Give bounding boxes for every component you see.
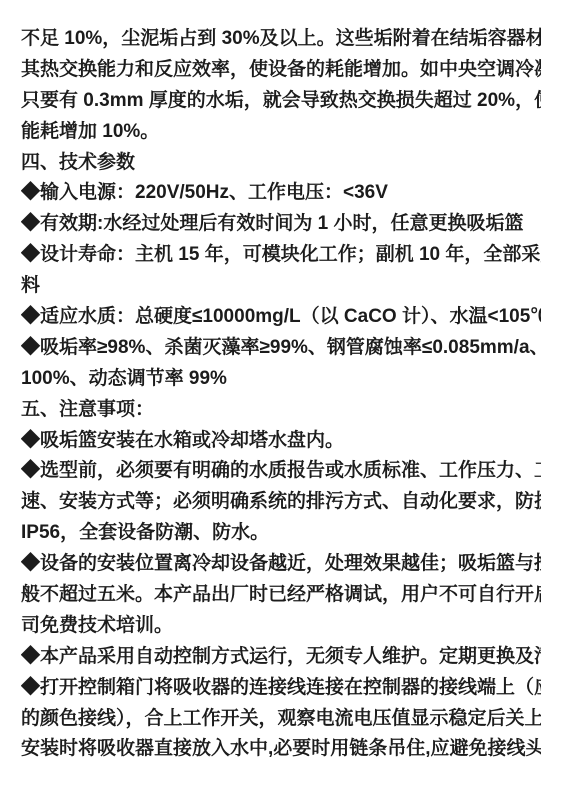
bullet-item-water-quality: ◆适应水质：总硬度≤10000mg/L（以 CaCO 计）、水温<105℃,流速… (21, 302, 541, 333)
bullet-item-input-power: ◆输入电源：220V/50Hz、工作电压：<36V (21, 178, 541, 209)
paragraph-line: IP56，全套设备防潮、防水。 (21, 518, 541, 549)
paragraph-line: 只要有 0.3mm 厚度的水垢，就会导致热交换损失超过 20%，使得中央空调的 (21, 86, 541, 117)
paragraph-line: 安装时将吸收器直接放入水中,必要时用链条吊住,应避免接线头进入水中。 (21, 734, 541, 765)
bullet-item-wiring-instructions: ◆打开控制箱门将吸收器的连接线连接在控制器的接线端上（应按端口标明 (21, 673, 541, 704)
paragraph-line: 能耗增加 10%。 (21, 117, 541, 148)
bullet-item-basket-installation: ◆吸垢篮安装在水箱或冷却塔水盘内。 (21, 426, 541, 457)
paragraph-line: 其热交换能力和反应效率，使设备的耗能增加。如中央空调冷凝器换热表面 (21, 55, 541, 86)
bullet-item-validity-period: ◆有效期:水经过处理后有效时间为 1 小时，任意更换吸垢篮 (21, 209, 541, 240)
document-page: 不足 10%，尘泥垢占到 30%及以上。这些垢附着在结垢容器材料表面，降低 其热… (0, 0, 561, 800)
bullet-item-model-selection: ◆选型前，必须要有明确的水质报告或水质标准、工作压力、工作温度、流 (21, 456, 541, 487)
bullet-item-design-life: ◆设计寿命：主机 15 年，可模块化工作；副机 10 年，全部采用钛钉合金材 (21, 240, 541, 271)
paragraph-line: 般不超过五米。本产品出厂时已经严格调试，用户不可自行开启调整，本公 (21, 580, 541, 611)
bullet-item-installation-position: ◆设备的安装位置离冷却设备越近，处理效果越佳；吸垢篮与控制箱距离一 (21, 549, 541, 580)
bullet-item-absorption-rate: ◆吸垢率≥98%、杀菌灭藻率≥99%、钢管腐蚀率≤0.085mm/a、杀军团菌率 (21, 333, 541, 364)
paragraph-line: 的颜色接线），合上工作开关，观察电流电压值显示稳定后关上控制箱门； (21, 704, 541, 735)
paragraph-line: 不足 10%，尘泥垢占到 30%及以上。这些垢附着在结垢容器材料表面，降低 (21, 24, 541, 55)
paragraph-line: 料 (21, 271, 541, 302)
paragraph-line: 司免费技术培训。 (21, 611, 541, 642)
section-heading-technical-parameters: 四、技术参数 (21, 148, 541, 179)
section-heading-precautions: 五、注意事项： (21, 395, 541, 426)
paragraph-line: 速、安装方式等；必须明确系统的排污方式、自动化要求，防护等级不低 (21, 487, 541, 518)
bullet-item-automatic-control: ◆本产品采用自动控制方式运行，无须专人维护。定期更换及清理吸垢篮。 (21, 642, 541, 673)
paragraph-line: 100%、动态调节率 99% (21, 364, 541, 395)
